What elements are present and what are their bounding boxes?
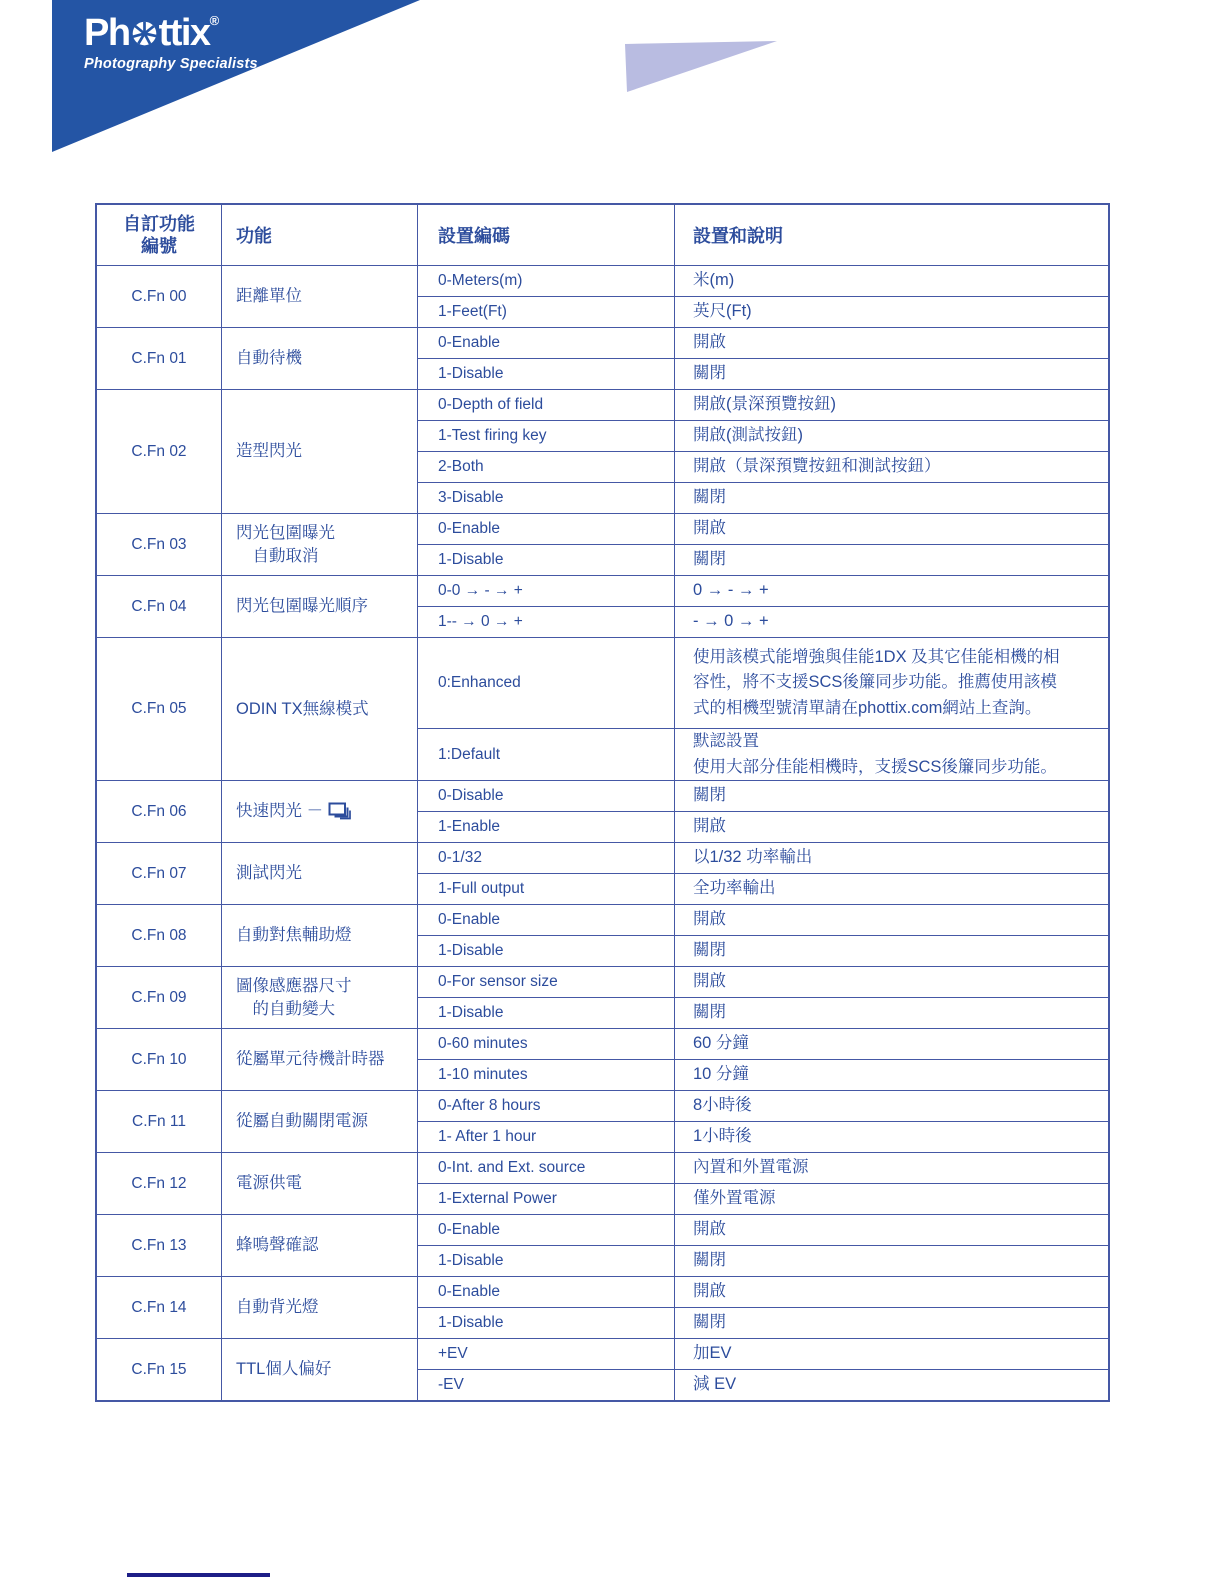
settings-cell: 0-Int. and Ext. source內置和外置電源1-External …: [418, 1153, 1108, 1214]
settings-cell: 0-Enable開啟1-Disable關閉: [418, 905, 1108, 966]
function-name-cell: 閃光包圍曝光順序: [222, 576, 418, 637]
settings-cell: 0-After 8 hours8小時後1- After 1 hour1小時後: [418, 1091, 1108, 1152]
setting-subrow: 1- After 1 hour1小時後: [418, 1121, 1108, 1152]
setting-subrow: 0:Enhanced使用該模式能增強與佳能1DX 及其它佳能相機的相 容性，將不…: [418, 638, 1108, 728]
setting-desc-cell: 開啟: [675, 514, 1108, 544]
setting-subrow: 1-Disable關閉: [418, 935, 1108, 966]
cfn-id-cell: C.Fn 05: [97, 638, 222, 780]
function-name: 從屬單元待機計時器: [236, 1048, 385, 1070]
setting-desc-cell: 0 → - → +: [675, 576, 1108, 606]
aperture-icon: [131, 20, 158, 47]
function-name-cell: 閃光包圍曝光 自動取消: [222, 514, 418, 575]
cfn-row-group: C.Fn 08自動對焦輔助燈0-Enable開啟1-Disable關閉: [97, 904, 1108, 966]
cfn-row-group: C.Fn 04閃光包圍曝光順序0-0 → - → +0 → - → +1-- →…: [97, 575, 1108, 637]
function-name-cell: 從屬單元待機計時器: [222, 1029, 418, 1090]
setting-desc-cell: 開啟（景深預覽按鈕和測試按鈕）: [675, 452, 1108, 482]
header-cell: 設置編碼: [418, 205, 675, 265]
cfn-id-cell: C.Fn 09: [97, 967, 222, 1028]
function-name-cell: 自動背光燈: [222, 1277, 418, 1338]
setting-subrow: 0-Enable開啟: [418, 514, 1108, 544]
cfn-row-group: C.Fn 03閃光包圍曝光 自動取消0-Enable開啟1-Disable關閉: [97, 513, 1108, 575]
setting-subrow: 2-Both開啟（景深預覽按鈕和測試按鈕）: [418, 451, 1108, 482]
function-name-cell: 電源供電: [222, 1153, 418, 1214]
cfn-id-cell: C.Fn 07: [97, 843, 222, 904]
setting-desc-cell: 開啟: [675, 1277, 1108, 1307]
setting-subrow: 3-Disable關閉: [418, 482, 1108, 513]
function-name-cell: 造型閃光: [222, 390, 418, 513]
cfn-row-group: C.Fn 11從屬自動關閉電源0-After 8 hours8小時後1- Aft…: [97, 1090, 1108, 1152]
setting-code-cell: 0-Enable: [418, 514, 675, 544]
setting-code-cell: 0-Enable: [418, 1277, 675, 1307]
phottix-logo: Ph ttix ® Photography Specialists: [84, 14, 258, 72]
cfn-id-cell: C.Fn 04: [97, 576, 222, 637]
logo-text-pre: Ph: [84, 14, 130, 52]
settings-cell: 0:Enhanced使用該模式能增強與佳能1DX 及其它佳能相機的相 容性，將不…: [418, 638, 1108, 780]
function-name: 自動背光燈: [236, 1296, 319, 1318]
setting-desc-cell: 關閉: [675, 998, 1108, 1028]
setting-code-cell: 1-Test firing key: [418, 421, 675, 451]
cfn-row-group: C.Fn 05ODIN TX無線模式0:Enhanced使用該模式能增強與佳能1…: [97, 637, 1108, 780]
cfn-row-group: C.Fn 15TTL個人偏好+EV加EV-EV減 EV: [97, 1338, 1108, 1400]
setting-code-cell: 1- After 1 hour: [418, 1122, 675, 1152]
setting-desc-cell: - → 0 → +: [675, 607, 1108, 637]
setting-code-cell: 0:Enhanced: [418, 638, 675, 728]
footer-rule: [127, 1573, 270, 1577]
function-name-cell: 圖像感應器尺寸 的自動變大: [222, 967, 418, 1028]
logo-brand: Ph ttix ®: [84, 14, 258, 52]
setting-subrow: 1-External Power僅外置電源: [418, 1183, 1108, 1214]
function-name: 從屬自動關閉電源: [236, 1110, 368, 1132]
cfn-id-cell: C.Fn 08: [97, 905, 222, 966]
setting-subrow: 0-Enable開啟: [418, 1277, 1108, 1307]
setting-desc-cell: 開啟: [675, 328, 1108, 358]
cfn-id-cell: C.Fn 00: [97, 266, 222, 327]
setting-code-cell: 1-Disable: [418, 998, 675, 1028]
function-name: 蜂鳴聲確認: [236, 1234, 319, 1256]
setting-subrow: 0-Enable開啟: [418, 328, 1108, 358]
manual-page: Ph ttix ® Photography Specialists 自訂功能 編…: [0, 0, 1224, 1584]
setting-desc-cell: 默認設置 使用大部分佳能相機時，支援SCS後簾同步功能。: [675, 729, 1108, 780]
function-name-cell: 蜂鳴聲確認: [222, 1215, 418, 1276]
setting-subrow: 1-Disable關閉: [418, 358, 1108, 389]
setting-subrow: 0-Meters(m)米(m): [418, 266, 1108, 296]
setting-desc-cell: 英尺(Ft): [675, 297, 1108, 327]
setting-subrow: 0-Disable關閉: [418, 781, 1108, 811]
cfn-id-cell: C.Fn 13: [97, 1215, 222, 1276]
settings-cell: 0-Enable開啟1-Disable關閉: [418, 1215, 1108, 1276]
setting-desc-cell: 以1/32 功率輸出: [675, 843, 1108, 873]
cfn-row-group: C.Fn 06快速閃光 －0-Disable關閉1-Enable開啟: [97, 780, 1108, 842]
cfn-id-cell: C.Fn 06: [97, 781, 222, 842]
setting-desc-cell: 開啟: [675, 812, 1108, 842]
setting-code-cell: 2-Both: [418, 452, 675, 482]
setting-code-cell: 0-0 → - → +: [418, 576, 675, 606]
settings-cell: 0-Meters(m)米(m)1-Feet(Ft)英尺(Ft): [418, 266, 1108, 327]
setting-code-cell: 1-Enable: [418, 812, 675, 842]
setting-subrow: 1-- → 0 → +- → 0 → +: [418, 606, 1108, 637]
function-name: 閃光包圍曝光順序: [236, 595, 368, 617]
settings-cell: +EV加EV-EV減 EV: [418, 1339, 1108, 1400]
accent-wedge: [625, 41, 777, 92]
setting-code-cell: 1-Disable: [418, 1308, 675, 1338]
setting-subrow: -EV減 EV: [418, 1369, 1108, 1400]
setting-subrow: 1-Feet(Ft)英尺(Ft): [418, 296, 1108, 327]
setting-desc-cell: 開啟(測試按鈕): [675, 421, 1108, 451]
setting-subrow: 0-For sensor size開啟: [418, 967, 1108, 997]
setting-desc-cell: 加EV: [675, 1339, 1108, 1369]
header-cell: 自訂功能 編號: [97, 205, 222, 265]
cfn-id-cell: C.Fn 10: [97, 1029, 222, 1090]
cfn-row-group: C.Fn 01自動待機0-Enable開啟1-Disable關閉: [97, 327, 1108, 389]
setting-code-cell: 0-Enable: [418, 905, 675, 935]
function-name: TTL個人偏好: [236, 1358, 331, 1380]
cfn-id-cell: C.Fn 12: [97, 1153, 222, 1214]
settings-cell: 0-For sensor size開啟1-Disable關閉: [418, 967, 1108, 1028]
function-name: 圖像感應器尺寸 的自動變大: [236, 975, 352, 1020]
setting-code-cell: 3-Disable: [418, 483, 675, 513]
settings-cell: 0-60 minutes60 分鐘1-10 minutes10 分鐘: [418, 1029, 1108, 1090]
table-header-row: 自訂功能 編號功能設置編碼設置和說明: [97, 205, 1108, 266]
logo-tagline: Photography Specialists: [84, 56, 258, 72]
cfn-id-cell: C.Fn 15: [97, 1339, 222, 1400]
setting-desc-cell: 10 分鐘: [675, 1060, 1108, 1090]
setting-code-cell: 1-Disable: [418, 359, 675, 389]
cfn-id-cell: C.Fn 01: [97, 328, 222, 389]
setting-code-cell: 1-Disable: [418, 936, 675, 966]
cfn-row-group: C.Fn 00距離單位0-Meters(m)米(m)1-Feet(Ft)英尺(F…: [97, 266, 1108, 327]
setting-code-cell: 1-Full output: [418, 874, 675, 904]
setting-code-cell: 0-Disable: [418, 781, 675, 811]
setting-code-cell: 1-Disable: [418, 1246, 675, 1276]
header-cell: 設置和說明: [675, 205, 1108, 265]
function-name: ODIN TX無線模式: [236, 698, 369, 720]
setting-subrow: 1-Disable關閉: [418, 1307, 1108, 1338]
setting-code-cell: 0-60 minutes: [418, 1029, 675, 1059]
setting-code-cell: 0-Int. and Ext. source: [418, 1153, 675, 1183]
settings-cell: 0-Disable關閉1-Enable開啟: [418, 781, 1108, 842]
cfn-id-cell: C.Fn 02: [97, 390, 222, 513]
cfn-id-cell: C.Fn 03: [97, 514, 222, 575]
setting-code-cell: -EV: [418, 1370, 675, 1400]
function-name-cell: 自動對焦輔助燈: [222, 905, 418, 966]
setting-subrow: 0-Enable開啟: [418, 1215, 1108, 1245]
function-name: 自動待機: [236, 347, 302, 369]
function-name: 閃光包圍曝光 自動取消: [236, 522, 335, 567]
setting-desc-cell: 關閉: [675, 359, 1108, 389]
setting-desc-cell: 使用該模式能增強與佳能1DX 及其它佳能相機的相 容性，將不支援SCS後簾同步功…: [675, 638, 1108, 728]
registered-mark: ®: [210, 14, 220, 27]
cfn-row-group: C.Fn 13蜂鳴聲確認0-Enable開啟1-Disable關閉: [97, 1214, 1108, 1276]
setting-code-cell: 0-Enable: [418, 1215, 675, 1245]
setting-subrow: 1-Test firing key開啟(測試按鈕): [418, 420, 1108, 451]
settings-cell: 0-0 → - → +0 → - → +1-- → 0 → +- → 0 → +: [418, 576, 1108, 637]
logo-text-post: ttix: [159, 14, 210, 52]
setting-desc-cell: 60 分鐘: [675, 1029, 1108, 1059]
settings-cell: 0-Enable開啟1-Disable關閉: [418, 514, 1108, 575]
function-name-cell: 快速閃光 －: [222, 781, 418, 842]
setting-code-cell: 0-1/32: [418, 843, 675, 873]
function-name: 距離單位: [236, 285, 302, 307]
setting-subrow: +EV加EV: [418, 1339, 1108, 1369]
cfn-row-group: C.Fn 02造型閃光0-Depth of field開啟(景深預覽按鈕)1-T…: [97, 389, 1108, 513]
setting-subrow: 0-1/32以1/32 功率輸出: [418, 843, 1108, 873]
setting-code-cell: +EV: [418, 1339, 675, 1369]
cfn-row-group: C.Fn 12電源供電0-Int. and Ext. source內置和外置電源…: [97, 1152, 1108, 1214]
function-name-cell: 測試閃光: [222, 843, 418, 904]
setting-code-cell: 1-10 minutes: [418, 1060, 675, 1090]
setting-desc-cell: 關閉: [675, 936, 1108, 966]
function-name-cell: 自動待機: [222, 328, 418, 389]
setting-code-cell: 1-Feet(Ft): [418, 297, 675, 327]
function-name: 自動對焦輔助燈: [236, 924, 352, 946]
setting-desc-cell: 僅外置電源: [675, 1184, 1108, 1214]
setting-desc-cell: 減 EV: [675, 1370, 1108, 1400]
setting-subrow: 1:Default默認設置 使用大部分佳能相機時，支援SCS後簾同步功能。: [418, 728, 1108, 780]
cfn-id-cell: C.Fn 14: [97, 1277, 222, 1338]
setting-subrow: 0-Depth of field開啟(景深預覽按鈕): [418, 390, 1108, 420]
cfn-row-group: C.Fn 07測試閃光0-1/32以1/32 功率輸出1-Full output…: [97, 842, 1108, 904]
function-name-cell: ODIN TX無線模式: [222, 638, 418, 780]
setting-subrow: 1-Enable開啟: [418, 811, 1108, 842]
settings-cell: 0-Enable開啟1-Disable關閉: [418, 1277, 1108, 1338]
function-name: 快速閃光 －: [236, 800, 323, 822]
setting-desc-cell: 關閉: [675, 781, 1108, 811]
setting-subrow: 0-Int. and Ext. source內置和外置電源: [418, 1153, 1108, 1183]
setting-desc-cell: 全功率輸出: [675, 874, 1108, 904]
setting-code-cell: 1-- → 0 → +: [418, 607, 675, 637]
setting-code-cell: 0-Meters(m): [418, 266, 675, 296]
settings-cell: 0-Enable開啟1-Disable關閉: [418, 328, 1108, 389]
setting-subrow: 0-60 minutes60 分鐘: [418, 1029, 1108, 1059]
setting-subrow: 0-After 8 hours8小時後: [418, 1091, 1108, 1121]
setting-subrow: 0-Enable開啟: [418, 905, 1108, 935]
setting-code-cell: 0-Depth of field: [418, 390, 675, 420]
setting-subrow: 1-Disable關閉: [418, 544, 1108, 575]
setting-code-cell: 0-Enable: [418, 328, 675, 358]
function-name-cell: 距離單位: [222, 266, 418, 327]
setting-desc-cell: 8小時後: [675, 1091, 1108, 1121]
setting-desc-cell: 關閉: [675, 1246, 1108, 1276]
setting-desc-cell: 開啟: [675, 905, 1108, 935]
header-cell: 功能: [222, 205, 418, 265]
setting-desc-cell: 米(m): [675, 266, 1108, 296]
function-name-cell: 從屬自動關閉電源: [222, 1091, 418, 1152]
settings-cell: 0-1/32以1/32 功率輸出1-Full output全功率輸出: [418, 843, 1108, 904]
setting-desc-cell: 開啟: [675, 1215, 1108, 1245]
cfn-row-group: C.Fn 09圖像感應器尺寸 的自動變大0-For sensor size開啟1…: [97, 966, 1108, 1028]
setting-subrow: 1-10 minutes10 分鐘: [418, 1059, 1108, 1090]
setting-desc-cell: 開啟(景深預覽按鈕): [675, 390, 1108, 420]
cfn-id-cell: C.Fn 11: [97, 1091, 222, 1152]
function-name: 測試閃光: [236, 862, 302, 884]
function-name: 電源供電: [236, 1172, 302, 1194]
setting-code-cell: 0-After 8 hours: [418, 1091, 675, 1121]
setting-desc-cell: 內置和外置電源: [675, 1153, 1108, 1183]
function-name: 造型閃光: [236, 440, 302, 462]
setting-desc-cell: 開啟: [675, 967, 1108, 997]
setting-code-cell: 1-Disable: [418, 545, 675, 575]
setting-subrow: 1-Disable關閉: [418, 1245, 1108, 1276]
multi-frames-icon: [328, 802, 352, 821]
setting-desc-cell: 關閉: [675, 545, 1108, 575]
setting-subrow: 1-Full output全功率輸出: [418, 873, 1108, 904]
setting-subrow: 1-Disable關閉: [418, 997, 1108, 1028]
cfn-row-group: C.Fn 10從屬單元待機計時器0-60 minutes60 分鐘1-10 mi…: [97, 1028, 1108, 1090]
cfn-row-group: C.Fn 14自動背光燈0-Enable開啟1-Disable關閉: [97, 1276, 1108, 1338]
custom-functions-table: 自訂功能 編號功能設置編碼設置和說明C.Fn 00距離單位0-Meters(m)…: [95, 203, 1110, 1402]
function-name-cell: TTL個人偏好: [222, 1339, 418, 1400]
setting-desc-cell: 關閉: [675, 1308, 1108, 1338]
setting-subrow: 0-0 → - → +0 → - → +: [418, 576, 1108, 606]
setting-code-cell: 1-External Power: [418, 1184, 675, 1214]
setting-desc-cell: 關閉: [675, 483, 1108, 513]
settings-cell: 0-Depth of field開啟(景深預覽按鈕)1-Test firing …: [418, 390, 1108, 513]
setting-code-cell: 1:Default: [418, 729, 675, 780]
setting-desc-cell: 1小時後: [675, 1122, 1108, 1152]
setting-code-cell: 0-For sensor size: [418, 967, 675, 997]
